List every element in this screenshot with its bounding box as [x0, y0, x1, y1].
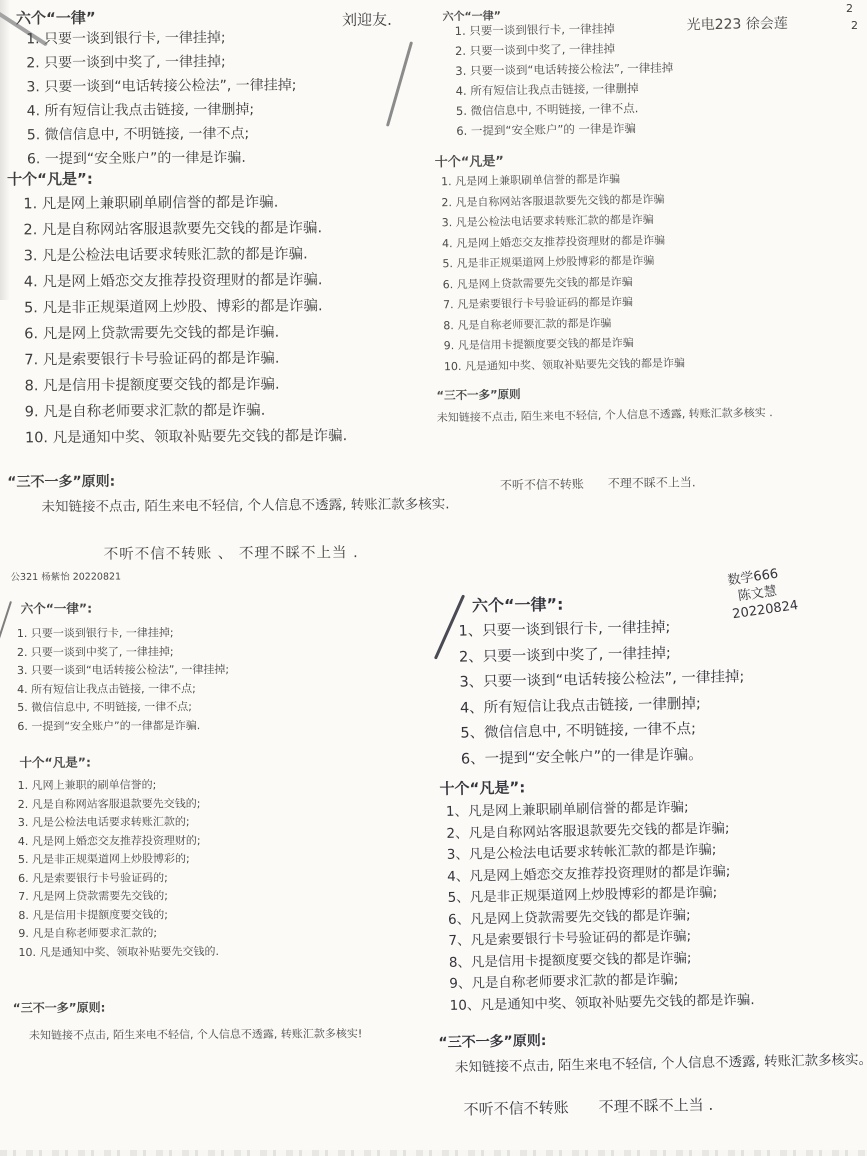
rule-line: 4. 所有短信让我点击链接, 一律删掉; [27, 97, 297, 123]
ten-whenever-title: 十个“凡是”: [19, 753, 91, 771]
principle-line: 未知链接不点击, 陌生来电不轻信, 个人信息不透露, 转账汇款多核实! [29, 1025, 362, 1043]
whenever-line: 6. 凡是索要银行卡号验证码的; [18, 868, 219, 888]
whenever-line: 10. 凡是通知中奖、领取补贴要先交钱的都是诈骗 [444, 353, 685, 377]
whenever-line: 6. 凡是网上贷款需要先交钱的都是诈骗. [24, 319, 346, 347]
whenever-line: 7. 凡是网上贷款需要先交钱的; [18, 887, 219, 907]
author-signature: 光电223 徐会莲 [687, 13, 788, 35]
principle-line: 未知链接不点击, 陌生来电不轻信, 个人信息不透露, 转账汇款多核实. [41, 492, 449, 515]
six-rules-list: 1. 只要一谈到银行卡, 一律挂掉; 2. 只要一谈到中奖了, 一律挂掉; 3.… [26, 25, 297, 171]
whenever-line: 4. 凡是网上婚恋交友推荐投资理财的; [18, 831, 219, 851]
whenever-line: 2. 凡是自称网站客服退款要先交钱的; [18, 794, 219, 814]
whenever-line: 1. 凡是网上兼职刷单刷信誉的都是诈骗. [23, 189, 345, 217]
principle-line: 未知链接不点击, 陌生来电不轻信, 个人信息不透露, 转账汇款多核实。 [455, 1048, 867, 1076]
whenever-line: 5. 凡是非正规渠道网上炒股博彩的都是诈骗 [442, 250, 683, 274]
whenever-line: 8. 凡是信用卡提额度要交钱的都是诈骗. [24, 371, 346, 399]
rule-line: 3. 只要一谈到“电话转接公检法”, 一律挂掉; [26, 73, 296, 99]
author-signature: 刘迎友. [342, 9, 392, 30]
rule-line: 1. 只要一谈到银行卡, 一律挂掉; [26, 25, 296, 51]
rule-line: 2. 只要一谈到中奖了, 一律挂掉; [26, 49, 296, 75]
whenever-line: 5. 凡是非正规渠道网上炒股、博彩的都是诈骗. [24, 293, 346, 321]
whenever-line: 10. 凡是通知中奖、领取补贴要先交钱的. [18, 942, 219, 962]
whenever-line: 9. 凡是自称老师要求汇款的都是诈骗. [25, 397, 347, 425]
slogan-line: 不听不信不转账 不理不睬不上当. [500, 473, 696, 493]
slogan-line: 不听不信不转账 、 不理不睬不上当 . [104, 541, 359, 564]
whenever-line: 8. 凡是信用卡提额度要交钱的; [18, 905, 219, 925]
rule-line: 3、只要一谈到“电话转接公检法”, 一律挂掉; [459, 665, 744, 696]
ten-whenever-list: 1. 凡是网上兼职刷单信誉的都是诈骗 2. 凡是自称网站客服退款要先交钱的都是诈… [441, 168, 685, 377]
six-rules-title: 六个“一律”: [472, 592, 564, 617]
whenever-line: 3. 凡是公检法电话要求转账汇款的; [18, 813, 219, 833]
ten-whenever-list: 1. 凡网上兼职的刷单信誉的; 2. 凡是自称网站客服退款要先交钱的; 3. 凡… [18, 776, 219, 962]
rule-line: 6、一提到“安全帐户”的一律是诈骗。 [461, 742, 746, 773]
rule-line: 3. 只要一谈到“电话转接公检法”, 一律挂掉; [17, 661, 229, 681]
six-rules-list: 1. 只要一谈到银行卡, 一律挂掉; 2. 只要一谈到中奖了, 一律挂掉; 3.… [17, 624, 230, 736]
whenever-line: 2. 凡是自称网站客服退款要先交钱的都是诈骗. [23, 215, 345, 243]
student-header: 公321 杨紫怡 20220821 [10, 568, 121, 583]
rule-line: 5. 微信信息中, 不明链接, 一律不点; [27, 121, 297, 147]
page-bottom-left: 公321 杨紫怡 20220821 六个“一律”: 1. 只要一谈到银行卡, 一… [2, 561, 429, 1153]
rule-line: 6. 一提到“安全账户”的 一律是诈骗 [456, 118, 674, 141]
ten-whenever-title: 十个“凡是”: [439, 776, 525, 799]
page-top-right: 六个“一律” 光电223 徐会莲 1. 只要一谈到银行卡, 一律挂掉 2. 只要… [430, 0, 867, 603]
whenever-line: 10. 凡是通知中奖、领取补贴要先交钱的都是诈骗. [25, 423, 347, 451]
rule-line: 5. 微信信息中, 不明链接, 一律不点; [17, 698, 229, 718]
six-rules-list: 1. 只要一谈到银行卡, 一律挂掉 2. 只要一谈到中奖了, 一律挂掉 3. 只… [455, 18, 675, 141]
ten-whenever-title: 十个“凡是”: [7, 168, 93, 190]
ten-whenever-title: 十个“凡是” [435, 150, 504, 170]
six-rules-title: 六个“一律” [16, 7, 96, 29]
slogan-line: 不听不信不转账 不理不睬不上当 . [463, 1094, 713, 1120]
six-rules-title: 六个“一律”: [21, 599, 93, 617]
three-no-title: “三不一多”原则: [13, 999, 106, 1016]
three-no-title: “三不一多”原则 [436, 386, 520, 403]
ten-whenever-list: 1、凡是网上兼职刷单刷信誉的都是诈骗; 2、凡是自称网站客服退款要先交钱的都是诈… [446, 796, 755, 1017]
rule-line: 3. 只要一谈到“电话转接公检法”, 一律挂掉 [455, 58, 673, 81]
principle-line: 未知链接不点击, 陌生来电不轻信, 个人信息不透露, 转账汇款多核实 . [437, 404, 773, 425]
scanned-sheet: 2 2 六个“一律” 刘迎友. 1. 只要一谈到银行卡, 一律挂掉; 2. 只要… [0, 0, 867, 1156]
page-top-left: 六个“一律” 刘迎友. 1. 只要一谈到银行卡, 一律挂掉; 2. 只要一谈到中… [4, 3, 432, 602]
whenever-line: 3. 凡是公检法电话要求转账汇款的都是诈骗. [24, 241, 346, 269]
whenever-line: 5. 凡是非正规渠道网上炒股博彩的; [18, 850, 219, 870]
whenever-line: 1. 凡网上兼职的刷单信誉的; [18, 776, 219, 796]
ten-whenever-list: 1. 凡是网上兼职刷单刷信誉的都是诈骗. 2. 凡是自称网站客服退款要先交钱的都… [23, 189, 347, 451]
six-rules-list: 1、只要一谈到银行卡, 一律挂掉; 2、只要一谈到中奖了, 一律挂掉; 3、只要… [458, 614, 746, 772]
whenever-line: 4. 凡是网上婚恋交友推荐投资理财的都是诈骗. [24, 267, 346, 295]
rule-line: 4. 所有短信让我点击链接, 一律不点; [17, 679, 229, 699]
three-no-title: “三不一多”原则: [7, 471, 115, 492]
whenever-line: 9. 凡是自称老师要求汇款的; [18, 924, 219, 944]
page-bottom-right: 六个“一律”: 数学666 陈文慧 20220824 1、只要一谈到银行卡, 一… [427, 566, 867, 1156]
rule-line: 1. 只要一谈到银行卡, 一律挂掉; [17, 624, 229, 644]
whenever-line: 7. 凡是索要银行卡号验证码的都是诈骗. [24, 345, 346, 373]
rule-line: 2. 只要一谈到中奖了, 一律挂掉; [17, 642, 229, 662]
rule-line: 6. 一提到“安全账户”的一律都是诈骗. [17, 716, 229, 736]
three-no-title: “三不一多”原则: [438, 1030, 546, 1052]
